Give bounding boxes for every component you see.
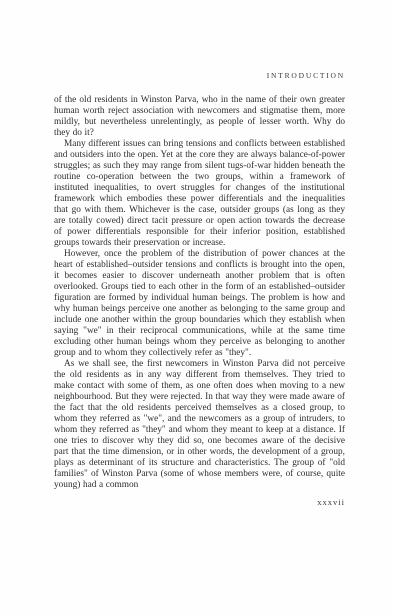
paragraph-continuation: of the old residents in Winston Parva, w… [54, 95, 345, 139]
page-number: xxxvii [54, 497, 345, 507]
body-text: of the old residents in Winston Parva, w… [54, 95, 345, 491]
paragraph: Many different issues can bring tensions… [54, 139, 345, 249]
text-block: INTRODUCTION of the old residents in Win… [54, 71, 345, 507]
book-page: INTRODUCTION of the old residents in Win… [0, 0, 393, 616]
running-header: INTRODUCTION [54, 71, 345, 80]
paragraph: As we shall see, the first newcomers in … [54, 359, 345, 491]
paragraph: However, once the problem of the distrib… [54, 249, 345, 359]
